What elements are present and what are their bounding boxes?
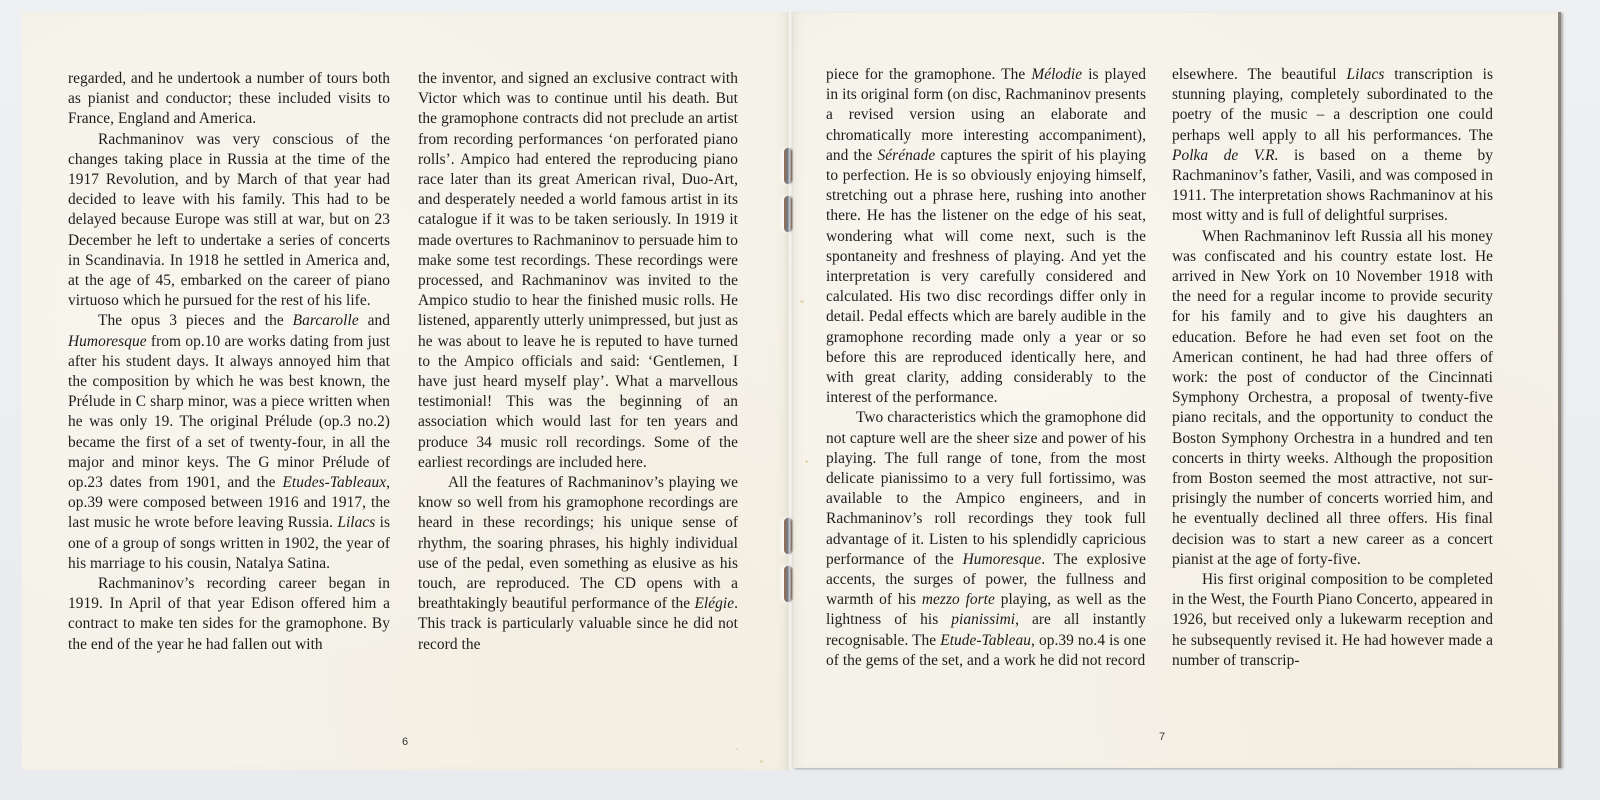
text-run: captures the spirit of his playing to pe… (826, 147, 1146, 406)
text-run: All the features of Rachmaninov’s playin… (418, 474, 738, 612)
text-run: Rachmaninov’s recording career began in … (68, 575, 390, 653)
paragraph: elsewhere. The beautiful Lilacs transcri… (1172, 65, 1493, 227)
paper-fleck (760, 760, 763, 763)
paragraph: the inventor, and signed an exclusive co… (418, 69, 738, 473)
text-run: His first original composition to be com… (1172, 571, 1493, 669)
italic-title: Barcarolle (293, 312, 359, 329)
paragraph: When Rachmaninov left Russia all his mon… (1172, 227, 1493, 570)
italic-title: Elégie (694, 595, 734, 612)
staple-icon (784, 518, 792, 554)
italic-title: pianissimi (951, 611, 1015, 628)
italic-title: Sérénade (878, 147, 936, 164)
paper-fleck (800, 300, 804, 303)
staple-icon (784, 148, 792, 184)
text-run: elsewhere. The beautiful (1172, 66, 1346, 83)
italic-title: Etudes-Tableaux, (282, 474, 390, 491)
paragraph: piece for the gramophone. The Mélodie is… (826, 65, 1146, 408)
paper-fleck (805, 460, 808, 463)
paragraph: Rachmaninov was very conscious of the ch… (68, 130, 390, 312)
italic-title: Lilacs (337, 514, 375, 531)
left-page-column-2: the inventor, and signed an exclusive co… (418, 69, 738, 655)
text-run: Rachmaninov was very conscious of the ch… (68, 131, 390, 310)
paragraph: regarded, and he undertook a number of t… (68, 69, 390, 130)
italic-title: Humoresque (68, 333, 147, 350)
left-page-column-1: regarded, and he undertook a number of t… (68, 69, 390, 655)
paragraph: His first original composition to be com… (1172, 570, 1493, 671)
staple-icon (784, 196, 792, 232)
page-number-left: 6 (402, 736, 408, 748)
text-run: When Rachmaninov left Russia all his mon… (1172, 228, 1493, 568)
italic-title: Etude-Tableau (940, 632, 1031, 649)
paragraph: Two characteristics which the gramo­phon… (826, 408, 1146, 671)
text-run: The opus 3 pieces and the (98, 312, 293, 329)
right-page-column-2: elsewhere. The beautiful Lilacs transcri… (1172, 65, 1493, 671)
text-run: regarded, and he undertook a number of t… (68, 70, 390, 127)
italic-title: Polka de V.R. (1172, 147, 1279, 164)
italic-title: Mélodie (1031, 66, 1082, 83)
booklet-scan: regarded, and he undertook a number of t… (0, 0, 1600, 800)
right-page-column-1: piece for the gramophone. The Mélodie is… (826, 65, 1146, 671)
italic-title: Humoresque (963, 551, 1042, 568)
text-run: piece for the gramophone. The (826, 66, 1031, 83)
text-run: and (359, 312, 390, 329)
paragraph: The opus 3 pieces and the Barcarolle and… (68, 311, 390, 574)
text-run: from op.10 are works dating from just af… (68, 333, 390, 491)
text-run: Two characteristics which the gramo­phon… (826, 409, 1146, 567)
paragraph: Rachmaninov’s recording career began in … (68, 574, 390, 655)
paper-fleck (736, 748, 738, 750)
booklet-spine (787, 12, 793, 770)
italic-title: Lilacs (1346, 66, 1384, 83)
staple-icon (784, 566, 792, 602)
italic-title: mezzo forte (922, 591, 995, 608)
page-number-right: 7 (1159, 731, 1165, 743)
text-run: the inventor, and signed an exclusive co… (418, 70, 738, 471)
paragraph: All the features of Rachmaninov’s playin… (418, 473, 738, 655)
